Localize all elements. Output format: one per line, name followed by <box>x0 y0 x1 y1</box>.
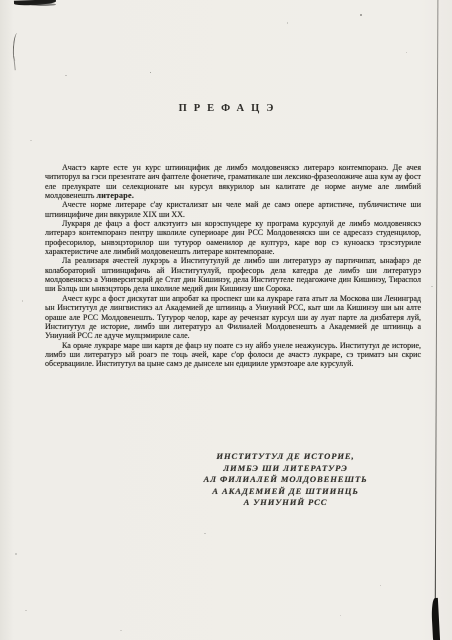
paragraph-1-emphasis: литераре. <box>96 191 134 200</box>
speck <box>150 72 151 73</box>
speck <box>15 553 17 555</box>
speck <box>25 610 27 611</box>
speck <box>65 75 67 76</box>
speck <box>340 615 341 616</box>
paragraph-6: Ка орьче лукраре маре ши картя де фацэ н… <box>45 341 421 369</box>
speck <box>30 140 32 141</box>
signature-line-2: ЛИМБЭ ШИ ЛИТЕРАТУРЭ <box>168 463 403 475</box>
speck <box>120 630 122 631</box>
signature-line-4: А АКАДЕМИЕЙ ДЕ ШТИИНЦЬ <box>168 486 403 498</box>
paragraph-2: Ачесте норме литераре с'ау кристализат ы… <box>45 200 421 219</box>
page-title: ПРЕФАЦЭ <box>0 0 452 114</box>
paragraph-4: Ла реализаря ачестей лукрэрь а Институту… <box>45 256 421 293</box>
preface-body: Ачастэ карте есте ун курс штиинцифик де … <box>45 163 421 369</box>
speck <box>22 300 23 302</box>
speck <box>431 286 433 287</box>
speck <box>287 22 288 24</box>
paragraph-1: Ачастэ карте есте ун курс штиинцифик де … <box>45 163 421 200</box>
signature-block: ИНСТИТУТУЛ ДЕ ИСТОРИЕ, ЛИМБЭ ШИ ЛИТЕРАТУ… <box>168 451 403 509</box>
ink-smudge-top-left-2 <box>30 3 56 6</box>
signature-line-5: А УНИУНИЙ РСС <box>168 497 403 509</box>
speck <box>380 585 381 586</box>
paragraph-3: Лукраря де фацэ а фост алкэтуитэ ын корэ… <box>45 219 421 256</box>
scanned-book-page: ПРЕФАЦЭ Ачастэ карте есте ун курс штиинц… <box>0 0 452 640</box>
signature-line-3: АЛ ФИЛИАЛЕЙ МОЛДОВЕНЕШТЬ <box>168 474 403 486</box>
speck <box>204 533 206 534</box>
speck <box>360 14 362 16</box>
page-edge-shadow-bottom <box>431 598 440 640</box>
paragraph-5: Ачест курс а фост дискутат ши апробат ка… <box>45 294 421 341</box>
speck <box>406 52 407 53</box>
signature-line-1: ИНСТИТУТУЛ ДЕ ИСТОРИЕ, <box>168 451 403 463</box>
